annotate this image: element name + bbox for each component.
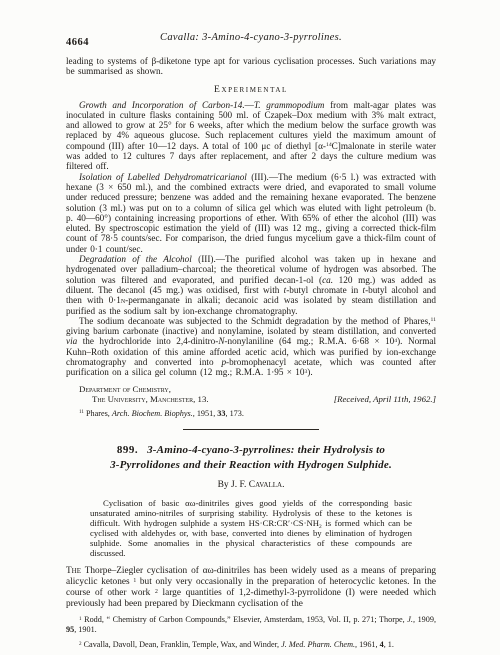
running-title: Cavalla: 3-Amino-4-cyano-3-pyrrolines.: [66, 32, 436, 43]
footnote-phares: 11 Phares, Arch. Biochem. Biophys., 1951…: [66, 409, 436, 419]
abstract-paragraph: Cyclisation of basic αω-dinitriles gives…: [90, 498, 412, 558]
signoff-block: Department of Chemistry, The University,…: [66, 384, 436, 404]
footnote-rodd: 1 Rodd, “ Chemistry of Carbon Compounds,…: [66, 615, 436, 635]
article-title-text1: 3-Amino-4-cyano-3-pyrrolines: their Hydr…: [147, 444, 385, 456]
university-line: The University, Manchester, 13.: [66, 394, 209, 404]
journal-page-scan: 4664 Cavalla: 3-Amino-4-cyano-3-pyrrolin…: [0, 0, 500, 655]
experimental-paragraph-growth: Growth and Incorporation of Carbon-14.—T…: [66, 100, 436, 172]
article-divider-rule: [183, 429, 319, 430]
experimental-paragraph-schmidt: The sodium decanoate was subjected to th…: [66, 316, 436, 378]
article-number: 899.: [117, 444, 138, 456]
opening-paragraph: The Thorpe–Ziegler cyclisation of αω-din…: [66, 566, 436, 610]
running-head: 4664 Cavalla: 3-Amino-4-cyano-3-pyrrolin…: [66, 32, 436, 45]
experimental-section-heading: Experimental: [66, 84, 436, 95]
received-date: [Received, April 11th, 1962.]: [334, 394, 436, 404]
signoff-row: The University, Manchester, 13. [Receive…: [66, 394, 436, 404]
article-title-line2: 3-Pyrrolidones and their Reaction with H…: [66, 458, 436, 473]
experimental-paragraph-isolation: Isolation of Labelled Dehydromatricarian…: [66, 172, 436, 254]
byline: By J. F. Cavalla.: [66, 480, 436, 490]
article-title: 899.3-Amino-4-cyano-3-pyrrolines: their …: [66, 443, 436, 472]
article-title-line1: 899.3-Amino-4-cyano-3-pyrrolines: their …: [66, 443, 436, 458]
text-block: 4664 Cavalla: 3-Amino-4-cyano-3-pyrrolin…: [66, 32, 436, 650]
department-line: Department of Chemistry,: [66, 384, 436, 394]
footnote-cavalla: 2 Cavalla, Davoll, Dean, Franklin, Templ…: [66, 640, 436, 650]
experimental-paragraph-degradation: Degradation of the Alcohol (III).—The pu…: [66, 254, 436, 316]
continuation-paragraph: leading to systems of β-diketone type ap…: [66, 56, 436, 77]
